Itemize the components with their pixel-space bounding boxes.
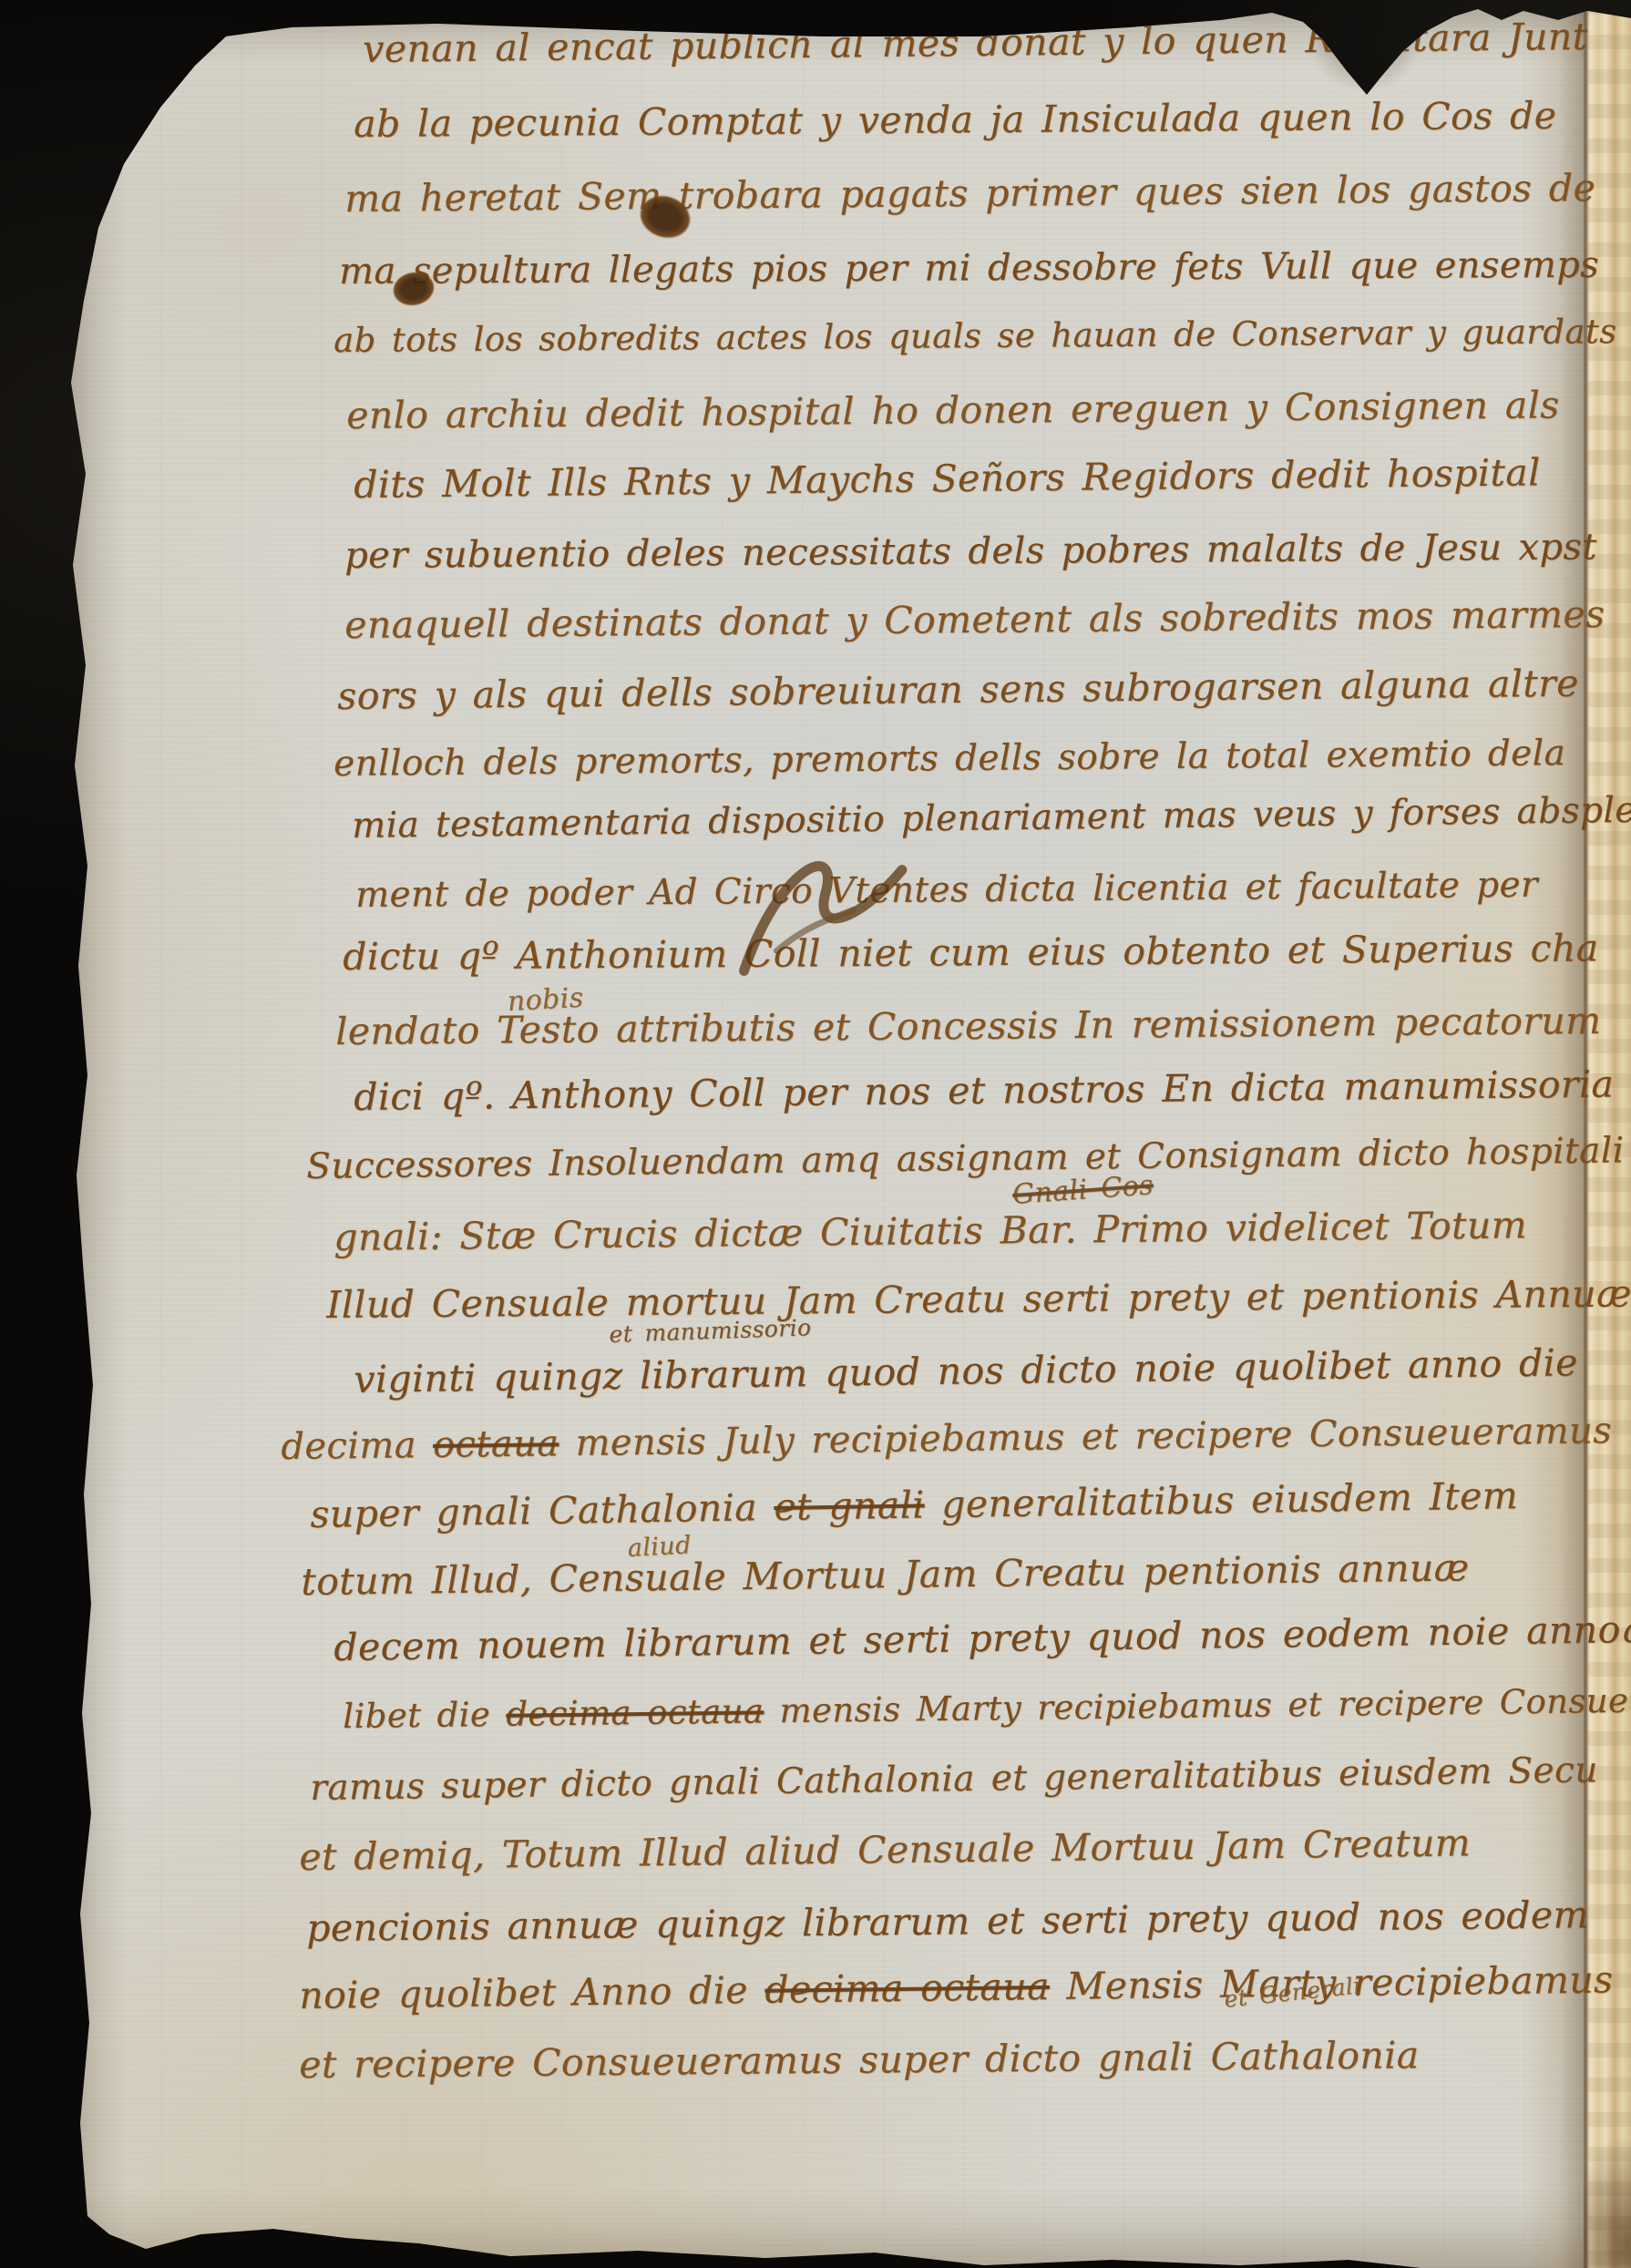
- manuscript-line: ab tots los sobredits actes los quals se…: [333, 312, 1617, 361]
- manuscript-line: ment de poder Ad Circo Vtentes dicta lic…: [355, 865, 1538, 918]
- interlinear-note: nobis: [507, 982, 584, 1019]
- manuscript-line: et recipere Consueueramus super dicto gn…: [299, 2033, 1420, 2088]
- interlinear-note: et manumissorio: [609, 1314, 812, 1349]
- manuscript-line: pencionis annuæ quingz librarum et serti…: [306, 1893, 1589, 1951]
- manuscript-line: Successores Insoluendam amq assignam et …: [306, 1130, 1625, 1188]
- manuscript-line: dits Molt Ills Rnts y Maychs Señors Regi…: [354, 450, 1541, 508]
- manuscript-line: Illud Censuale mortuu Jam Creatu serti p…: [326, 1271, 1631, 1328]
- manuscript-line: ramus super dicto gnali Cathalonia et ge…: [310, 1750, 1598, 1811]
- manuscript-line: per subuentio deles necessitats dels pob…: [344, 525, 1597, 578]
- manuscript-line: mia testamentaria dispositio plenariamen…: [352, 790, 1631, 848]
- manuscript-line: totum Illud, Censuale Mortuu Jam Creatu …: [301, 1545, 1470, 1605]
- manuscript-page: venan al encat publich al mes donat y lo…: [0, 0, 1631, 2268]
- manuscript-line: ma heretat Sem trobara pagats primer que…: [344, 166, 1595, 221]
- manuscript-line: et demiq, Totum Illud aliud Censuale Mor…: [299, 1821, 1471, 1880]
- manuscript-line: ab la pecunia Comptat y venda ja Insicul…: [354, 94, 1556, 147]
- manuscript-line: decem nouem librarum et serti prety quod…: [333, 1606, 1631, 1670]
- manuscript-line: super gnali Cathalonia et gnali generali…: [310, 1473, 1518, 1537]
- text-layer: venan al encat publich al mes donat y lo…: [0, 0, 1631, 2268]
- photograph-of-open-book: venan al encat publich al mes donat y lo…: [0, 0, 1631, 2268]
- manuscript-line: sors y als qui dells sobreuiuran sens su…: [337, 662, 1579, 719]
- manuscript-line: viginti quingz librarum quod nos dicto n…: [354, 1340, 1578, 1402]
- manuscript-line: venan al encat publich al mes donat y lo…: [363, 15, 1588, 72]
- manuscript-line: enaquell destinats donat y Cometent als …: [344, 592, 1605, 648]
- manuscript-line: decima octaua mensis July recipiebamus e…: [281, 1409, 1612, 1469]
- pen-flourish: [711, 826, 934, 992]
- manuscript-line: enlo archiu dedit hospital ho donen ereg…: [346, 383, 1560, 438]
- manuscript-line: gnali: Stæ Crucis dictæ Ciuitatis Bar. P…: [333, 1203, 1527, 1260]
- manuscript-line: ma sepultura llegats pios per mi dessobr…: [339, 243, 1599, 293]
- manuscript-line: enlloch dels premorts, premorts dells so…: [333, 733, 1565, 786]
- manuscript-line: dici qº. Anthony Coll per nos et nostros…: [354, 1062, 1615, 1121]
- manuscript-line: noie quolibet Anno die decima octaua Men…: [299, 1957, 1614, 2018]
- interlinear-note: aliud: [627, 1531, 692, 1564]
- manuscript-line: libet die decima octaua mensis Marty rec…: [343, 1680, 1631, 1737]
- manuscript-line: dictu qº Anthonium Coll niet cum eius ob…: [343, 926, 1599, 980]
